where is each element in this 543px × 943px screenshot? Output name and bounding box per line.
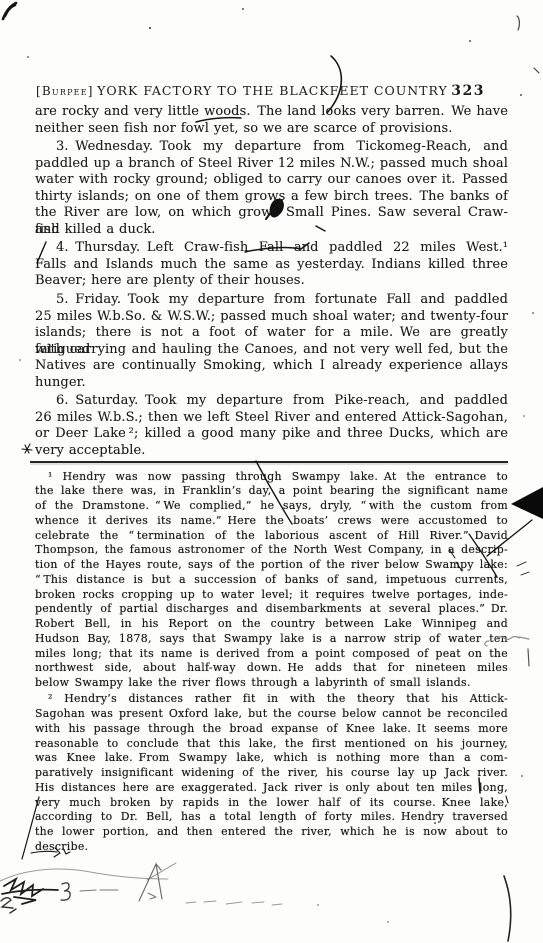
footnote-text-line: below Swampy lake the river flows throug… [35, 676, 508, 691]
body-text-line: paddled up a branch of Steel River 12 mi… [35, 156, 508, 173]
footnote-text-line: celebrate the “ termination of the labor… [35, 529, 508, 544]
body-text-line: 4. Thursday. Left Craw-fish Fall and pad… [35, 240, 508, 257]
header-editor-label: [Burpee] [36, 84, 94, 98]
footnote-text-line: paratively insignificant widening of the… [35, 766, 508, 781]
body-text-line: Natives are continually Smoking, which I… [35, 358, 508, 375]
header-chapter-title: YORK FACTORY TO THE BLACKFEET COUNTRY [97, 83, 448, 98]
body-text-line: and killed a duck. [35, 222, 508, 239]
footnote-text-line: Robert Bell, in his Report on the countr… [35, 617, 508, 632]
footnote-separator-rule [30, 461, 508, 463]
body-text-line: Falls and Islands much the same as yeste… [35, 257, 508, 274]
footnote-text-line: ² Hendry’s distances rather fit in with … [35, 692, 508, 707]
body-text-line: or Deer Lake ²; killed a good many pike … [35, 426, 508, 443]
footnote-text-line: Hudson Bay, 1878, says that Swampy lake … [35, 632, 508, 647]
footnote-text-line: according to Dr. Bell, has a total lengt… [35, 810, 508, 825]
footnote-text-line: describe. [35, 840, 508, 855]
footnote-text-line: very much broken by rapids in the lower … [35, 796, 508, 811]
footnote-text-line: reasonable to conclude that this lake, t… [35, 737, 508, 752]
body-text-line: very acceptable. [35, 443, 508, 460]
footnote-text-line: ¹ Hendry was now passing through Swampy … [35, 470, 508, 485]
footnote-text-line: the lower portion, and then entered the … [35, 825, 508, 840]
footnote-text-line: Thompson, the famous astronomer of the N… [35, 543, 508, 558]
body-text-line: islands; there is not a foot of water fo… [35, 325, 508, 342]
body-text-line: 5. Friday. Took my departure from fortun… [35, 292, 508, 309]
body-text-line: water with rocky ground; obliged to carr… [35, 172, 508, 189]
footnote-text-line: the lake there was, in Franklin’s day, a… [35, 484, 508, 499]
running-header: [Burpee] YORK FACTORY TO THE BLACKFEET C… [36, 83, 485, 99]
body-text-line: 25 miles W.b.So. & W.S.W.; passed much s… [35, 309, 508, 326]
journal-body-text: are rocky and very little woods. The lan… [35, 104, 508, 459]
footnote-text-line: of the Dramstone. “ We complied,” he say… [35, 499, 508, 514]
pen-mark-top-left-scribble [3, 3, 16, 19]
body-text-line: 6. Saturday. Took my departure from Pike… [35, 393, 508, 410]
footnote-text-line: Sagohan was present Oxford lake, but the… [35, 707, 508, 722]
scanned-book-page: [Burpee] YORK FACTORY TO THE BLACKFEET C… [0, 0, 543, 943]
footnote-text-line: “ This distance is but a succession of b… [35, 573, 508, 588]
body-text-line: hunger. [35, 375, 508, 392]
body-text-line: thirty islands; on one of them grows a f… [35, 189, 508, 206]
pen-mark-top-right-f [517, 16, 539, 73]
body-text-line: neither seen fish nor fowl yet, so we ar… [35, 121, 508, 138]
body-text-line: the River are low, on which grows Small … [35, 205, 508, 222]
pencil-scribble-bottom-left [0, 863, 282, 913]
footnote-text-line: broken rocks cropping up to water level;… [35, 588, 508, 603]
footnote-text-line: miles long; that its name is derived fro… [35, 647, 508, 662]
right-edge-black-triangle [511, 487, 543, 519]
footnote-text-line: was Knee lake. From Swampy lake, which i… [35, 751, 508, 766]
pen-curve-bottom-right [504, 876, 511, 941]
footnote-text-line: His distances here are exaggerated. Jack… [35, 781, 508, 796]
footnote-text-line: with his passage through the broad expan… [35, 722, 508, 737]
pen-asterisk-left-margin [22, 444, 32, 453]
body-text-line: Beaver; here are plenty of their houses. [35, 273, 508, 290]
body-text-line: 3. Wednesday. Took my departure from Tic… [35, 139, 508, 156]
body-text-line: with carrying and hauling the Canoes, an… [35, 342, 508, 359]
body-text-line: 26 miles W.b.S.; then we left Steel Rive… [35, 410, 508, 427]
footnote-text-line: tion of the Hayes route, says of the por… [35, 558, 508, 573]
footnotes-block: ¹ Hendry was now passing through Swampy … [35, 468, 508, 855]
body-text-line: are rocky and very little woods. The lan… [35, 104, 508, 121]
footnote-text-line: northwest side, about half-way down. He … [35, 661, 508, 676]
footnote-text-line: pendently of partial discharges and dise… [35, 602, 508, 617]
header-page-number: 323 [451, 83, 485, 99]
footnote-text-line: whence it derives its name.” Here the bo… [35, 514, 508, 529]
